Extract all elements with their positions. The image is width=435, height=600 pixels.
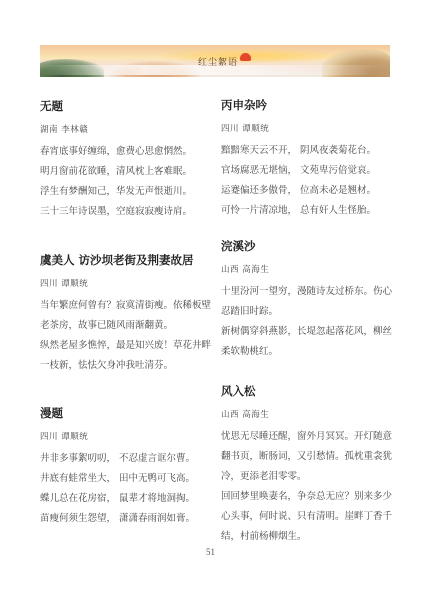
poem-author: 四川 谭顺统: [40, 430, 195, 442]
poem-body: 井非多事絮叨叨， 不忍虚言诓尔曹。 井底有蛙常坐大， 田中无鸭可飞高。 蝶儿总在…: [40, 449, 195, 529]
poem-body: 十里汾河一望穷，漫随诗友过桥东。伤心 忍踏旧时踪。 新树偶穿斜燕影，长堤忽起落花…: [221, 282, 392, 362]
poem-title: 漫题: [40, 405, 195, 421]
poem-author: 山西 高海生: [221, 408, 392, 420]
poem-body: 春宵底事好缠绵，愈费心思愈惘然。 明月窗前花欲睡，清风枕上客难眠。 浮生有梦酬知…: [40, 142, 192, 222]
poem-body: 黯黯寒天云不开， 阴风夜袭菊花台。 官场腐恶无堪恼， 文苑卑污倍觉哀。 运蹇偏还…: [221, 141, 376, 221]
poem-title: 丙申杂吟: [221, 97, 376, 113]
poem-line: 苗瘦何须生怨望， 潇潇春雨润如膏。: [40, 509, 195, 529]
poem-title: 无题: [40, 98, 192, 114]
header-banner: 红尘絮语: [40, 45, 390, 77]
poem-line: 纵然老屋多憔悴，最是知兴废！草花井畔: [40, 336, 211, 356]
poem-author: 四川 谭顺统: [40, 277, 211, 289]
poem-title: 浣溪沙: [221, 238, 392, 254]
poem-title: 虞美人 访沙坝老街及荆妻故居: [40, 252, 211, 268]
poem-line: 春宵底事好缠绵，愈费心思愈惘然。: [40, 142, 192, 162]
poem-line: 结，村前杨柳烟生。: [221, 527, 392, 547]
poem-line: 蝶儿总在花房宿， 鼠辈才将地洞掏。: [40, 489, 195, 509]
poem-line: 三十三年诗误墨，空庭寂寂瘦诗肩。: [40, 202, 192, 222]
poem-line: 老茶房，故事已随风雨渐翻黄。: [40, 316, 211, 336]
sun-icon: [240, 53, 251, 61]
poem-author: 山西 高海生: [221, 263, 392, 275]
poem-bingshen-zayin: 丙申杂吟 四川 谭顺统 黯黯寒天云不开， 阴风夜袭菊花台。 官场腐恶无堪恼， 文…: [221, 97, 376, 221]
poem-line: 井非多事絮叨叨， 不忍虚言诓尔曹。: [40, 449, 195, 469]
poem-line: 柔软勒桃红。: [221, 342, 392, 362]
poem-line: 浮生有梦酬知己，华发无声恨逝川。: [40, 182, 192, 202]
poem-line: 黯黯寒天云不开， 阴风夜袭菊花台。: [221, 141, 376, 161]
poem-line: 冷，更添老泪零零。: [221, 467, 392, 487]
poem-manti: 漫题 四川 谭顺统 井非多事絮叨叨， 不忍虚言诓尔曹。 井底有蛙常坐大， 田中无…: [40, 405, 195, 529]
poem-line: 井底有蛙常坐大， 田中无鸭可飞高。: [40, 469, 195, 489]
poem-body: 当年繁庶何曾有？寂寞清街瘦。依稀板壁 老茶房，故事已随风雨渐翻黄。 纵然老屋多憔…: [40, 296, 211, 376]
page-number: 51: [206, 547, 215, 557]
poem-line: 明月窗前花欲睡，清风枕上客难眠。: [40, 162, 192, 182]
poem-line: 官场腐恶无堪恼， 文苑卑污倍觉哀。: [221, 161, 376, 181]
section-title: 红尘絮语: [198, 55, 238, 68]
poem-fengrusong: 风入松 山西 高海生 忧思无尽睡还醒，窗外月冥冥。开灯随意 翻书页，断肠词，又引…: [221, 383, 392, 547]
poem-huanxisha: 浣溪沙 山西 高海生 十里汾河一望穷，漫随诗友过桥东。伤心 忍踏旧时踪。 新树偶…: [221, 238, 392, 362]
poem-line: 运蹇偏还多傲骨， 位高未必是翘材。: [221, 181, 376, 201]
poem-line: 新树偶穿斜燕影，长堤忽起落花风，柳丝: [221, 322, 392, 342]
poem-line: 翻书页，断肠词，又引愁情。孤枕重衾犹: [221, 447, 392, 467]
poem-line: 忧思无尽睡还醒，窗外月冥冥。开灯随意: [221, 427, 392, 447]
poem-line: 回回梦里唤妻名，争奈总无应？别来多少: [221, 487, 392, 507]
poem-line: 可怜一片清凉地， 总有奸人生怪胎。: [221, 201, 376, 221]
poem-body: 忧思无尽睡还醒，窗外月冥冥。开灯随意 翻书页，断肠词，又引愁情。孤枕重衾犹 冷，…: [221, 427, 392, 547]
poem-line: 忍踏旧时踪。: [221, 302, 392, 322]
poem-line: 十里汾河一望穷，漫随诗友过桥东。伤心: [221, 282, 392, 302]
poem-wuti: 无题 湖南 李林赣 春宵底事好缠绵，愈费心思愈惘然。 明月窗前花欲睡，清风枕上客…: [40, 98, 192, 222]
poem-yumeiren: 虞美人 访沙坝老街及荆妻故居 四川 谭顺统 当年繁庶何曾有？寂寞清街瘦。依稀板壁…: [40, 252, 211, 376]
poem-author: 湖南 李林赣: [40, 123, 192, 135]
poem-author: 四川 谭顺统: [221, 122, 376, 134]
poem-title: 风入松: [221, 383, 392, 399]
poem-line: 当年繁庶何曾有？寂寞清街瘦。依稀板壁: [40, 296, 211, 316]
poem-line: 心头事，何时说、只有清明。崖畔丁香千: [221, 507, 392, 527]
poem-line: 一枝新，怯怯欠身冲我吐清芬。: [40, 356, 211, 376]
